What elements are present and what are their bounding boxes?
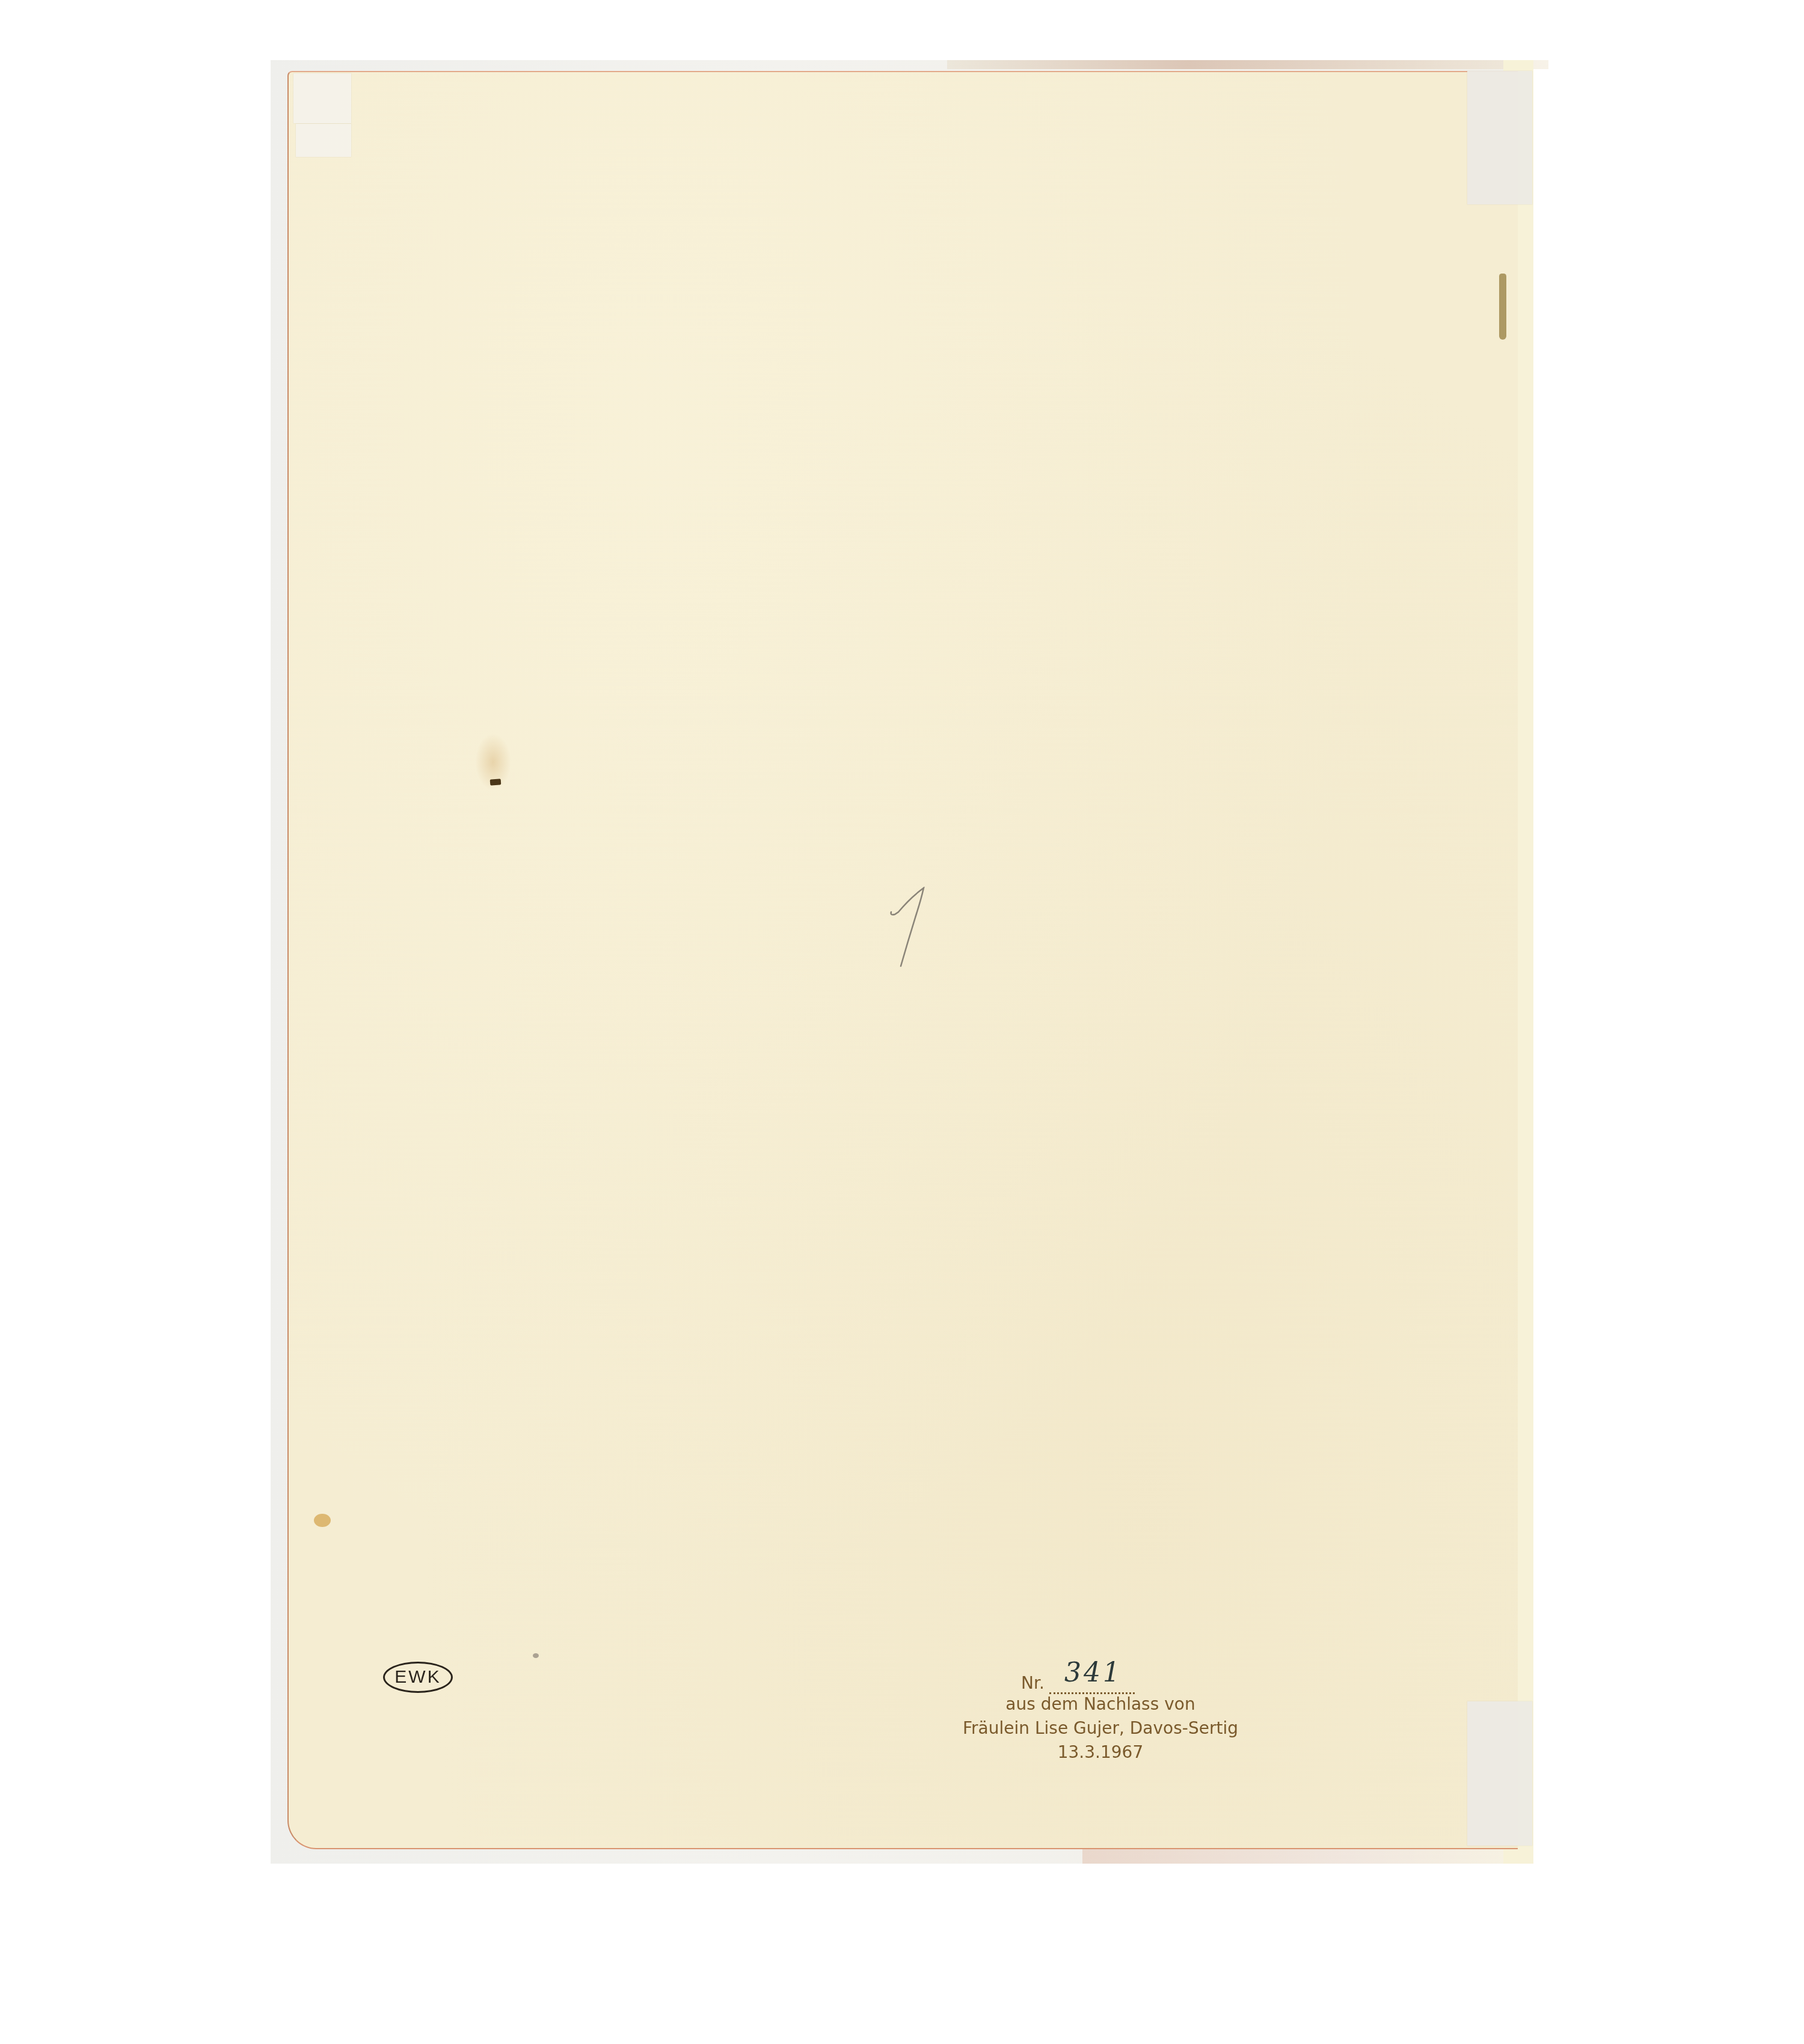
mount-stain-top xyxy=(947,60,1548,69)
stamp-date: 13.3.1967 xyxy=(920,1740,1281,1764)
foxing-spot-small xyxy=(533,1653,539,1658)
stamp-number-rule xyxy=(1049,1692,1135,1694)
pencil-numeral-mark: 1 xyxy=(890,887,926,968)
hinge-tape-top-right xyxy=(1467,71,1532,204)
mount-stain-bottom xyxy=(1082,1847,1533,1864)
hinge-tape-bottom-right xyxy=(1467,1701,1532,1846)
stain-right-edge xyxy=(1499,274,1506,340)
estate-stamp: Nr. 341 aus dem Nachlass von Fräulein Li… xyxy=(920,1662,1281,1764)
ewk-maker-mark: EWK xyxy=(383,1662,453,1693)
foxing-spot xyxy=(490,779,502,785)
stamp-number-value: 341 xyxy=(1064,1657,1122,1688)
ewk-mark-text: EWK xyxy=(394,1667,441,1688)
stamp-number-label: Nr. xyxy=(1021,1673,1045,1693)
foxing-spot-lower-left xyxy=(314,1514,331,1527)
stamp-line-nachlass: aus dem Nachlass von xyxy=(920,1692,1281,1716)
hinge-tape-top-left-lower xyxy=(296,124,351,157)
stamp-number-row: Nr. 341 xyxy=(920,1662,1281,1692)
hinge-tape-top-left xyxy=(293,73,351,123)
stamp-line-owner: Fräulein Lise Gujer, Davos-Sertig xyxy=(920,1716,1281,1740)
